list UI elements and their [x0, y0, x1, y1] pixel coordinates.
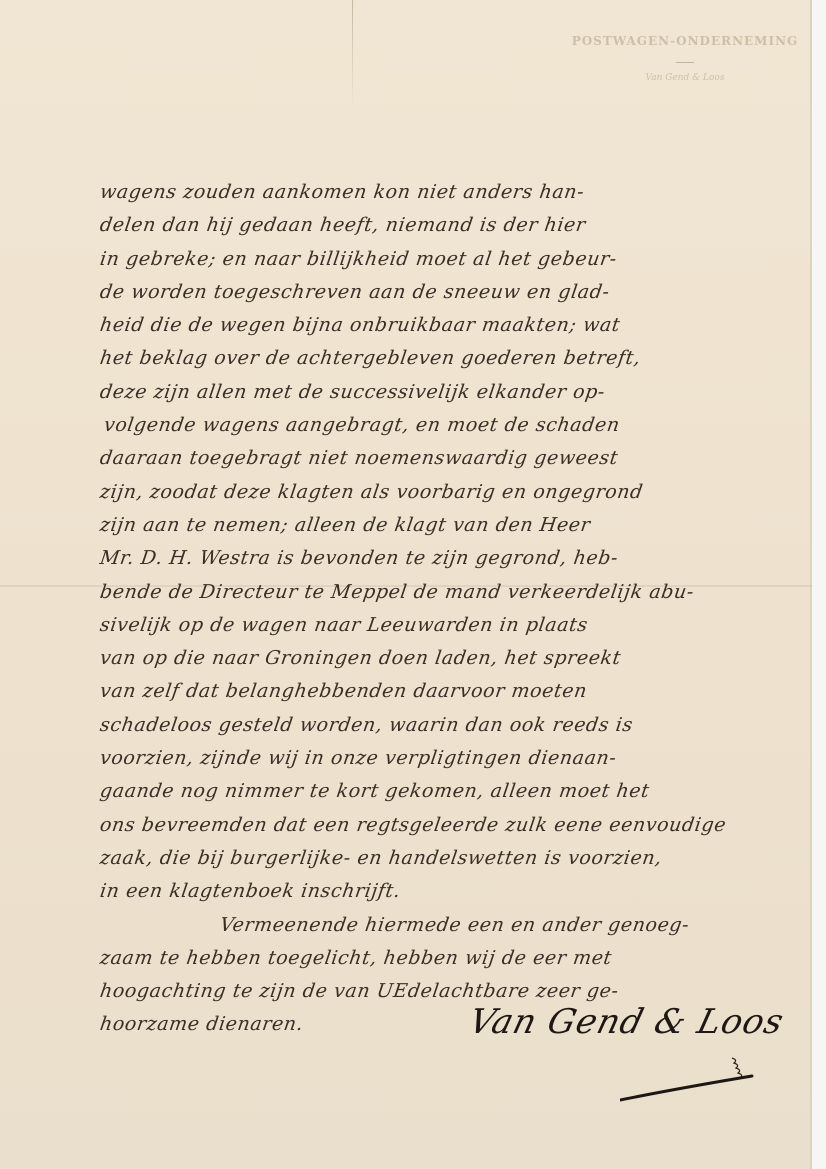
text-line: van zelf dat belanghebbenden daarvoor mo… [98, 675, 803, 708]
letter-sheet: POSTWAGEN-ONDERNEMING Van Gend & Loos wa… [0, 0, 812, 1169]
letterhead-company: POSTWAGEN-ONDERNEMING [560, 34, 810, 48]
text-line: schadeloos gesteld worden, waarin dan oo… [98, 709, 803, 742]
text-line: zaam te hebben toegelicht, hebben wij de… [98, 942, 803, 975]
text-line: volgende wagens aangebragt, en moet de s… [98, 409, 803, 442]
letter-body: wagens zouden aankomen kon niet anders h… [100, 176, 800, 1042]
text-line: de worden toegeschreven aan de sneeuw en… [98, 276, 803, 309]
text-line: zaak, die bij burgerlijke- en handelswet… [98, 842, 803, 875]
letterhead-subtitle: Van Gend & Loos [560, 73, 810, 83]
text-line: in gebreke; en naar billijkheid moet al … [98, 243, 803, 276]
text-line: zijn, zoodat deze klagten als voorbarig … [98, 476, 803, 509]
paper-fold-vertical [352, 0, 353, 110]
text-line: van op die naar Groningen doen laden, he… [98, 642, 803, 675]
text-line: voorzien, zijnde wij in onze verpligting… [98, 742, 803, 775]
text-line: Mr. D. H. Westra is bevonden te zijn geg… [98, 542, 803, 575]
text-line: bende de Directeur te Meppel de mand ver… [98, 576, 803, 609]
text-line: sivelijk op de wagen naar Leeuwarden in … [98, 609, 803, 642]
text-line: gaande nog nimmer te kort gekomen, allee… [98, 775, 803, 808]
text-line: het beklag over de achtergebleven goeder… [98, 342, 803, 375]
text-line: zijn aan te nemen; alleen de klagt van d… [98, 509, 803, 542]
text-line: deze zijn allen met de successivelijk el… [98, 376, 803, 409]
signature-text: Van Gend & Loos [465, 1002, 775, 1042]
text-line: heid die de wegen bijna onbruikbaar maak… [98, 309, 803, 342]
text-line: in een klagtenboek inschrijft. [98, 875, 803, 908]
scan-background-edge [812, 0, 826, 1169]
letterhead-rule [676, 62, 694, 63]
signature-flourish-icon [620, 1042, 770, 1102]
text-line: ons bevreemden dat een regtsgeleerde zul… [98, 809, 803, 842]
faint-stamp [240, 26, 350, 42]
signature: Van Gend & Loos [470, 1002, 770, 1092]
text-line-paragraph-start: Vermeenende hiermede een en ander genoeg… [98, 909, 803, 942]
letterhead: POSTWAGEN-ONDERNEMING Van Gend & Loos [560, 18, 810, 83]
text-line: delen dan hij gedaan heeft, niemand is d… [98, 209, 803, 242]
text-line: wagens zouden aankomen kon niet anders h… [98, 176, 803, 209]
text-line: daaraan toegebragt niet noemenswaardig g… [98, 442, 803, 475]
